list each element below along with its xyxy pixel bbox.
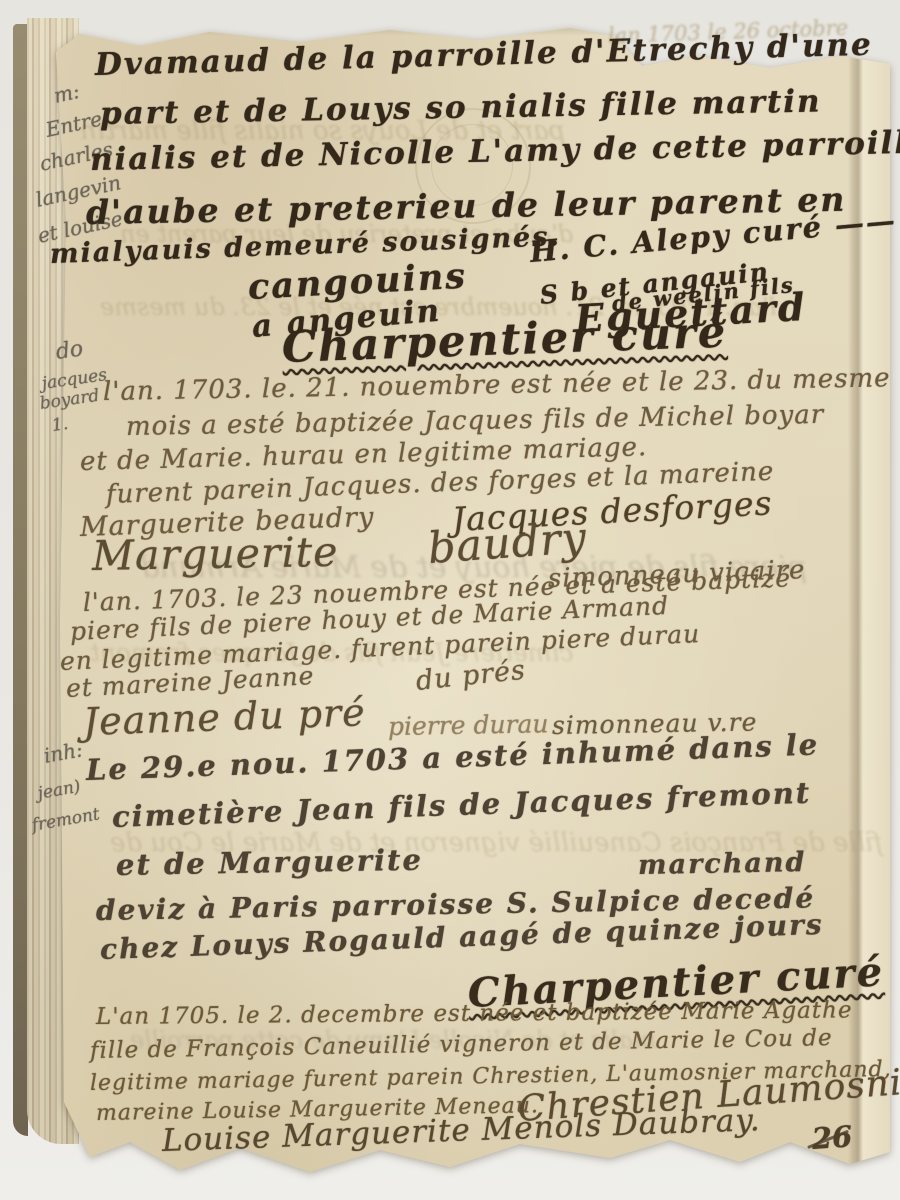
- signature: Jeanne du pré: [82, 693, 366, 741]
- page-number: 26: [811, 1122, 853, 1154]
- marginal-note: m:: [52, 81, 81, 106]
- marginal-note: do: [54, 338, 84, 364]
- marginal-note: 1.: [51, 416, 69, 435]
- marginal-note: inh:: [42, 739, 84, 765]
- record-line: et de Marguerite: [116, 846, 423, 880]
- book-edge-dark: [13, 24, 28, 1136]
- record-line: marchand: [638, 849, 807, 879]
- signature: pierre durau: [388, 711, 549, 739]
- manuscript-scan: lan 1703 le 26 octobre part et de Louys …: [0, 0, 900, 1200]
- signature: Marguerite: [92, 532, 339, 577]
